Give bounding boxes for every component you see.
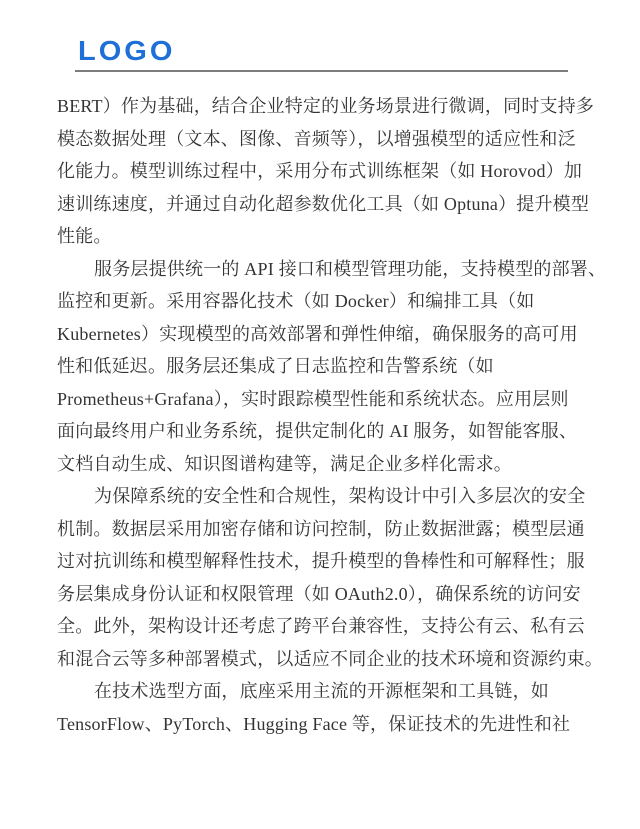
text-line: 服务层提供统一的 API 接口和模型管理功能，支持模型的部署、: [57, 253, 587, 286]
text-line: 速训练速度，并通过自动化超参数优化工具（如 Optuna）提升模型: [57, 188, 587, 221]
text-line: 监控和更新。采用容器化技术（如 Docker）和编排工具（如: [57, 285, 587, 318]
text-line: 面向最终用户和业务系统，提供定制化的 AI 服务，如智能客服、: [57, 415, 587, 448]
text-line: 和混合云等多种部署模式，以适应不同企业的技术环境和资源约束。: [57, 643, 587, 676]
text-line: TensorFlow、PyTorch、Hugging Face 等，保证技术的先…: [57, 708, 587, 741]
header-divider-line: [75, 70, 568, 72]
text-line: 在技术选型方面，底座采用主流的开源框架和工具链，如: [57, 675, 587, 708]
text-line: Kubernetes）实现模型的高效部署和弹性伸缩，确保服务的高可用: [57, 318, 587, 351]
text-line: 机制。数据层采用加密存储和访问控制，防止数据泄露；模型层通: [57, 513, 587, 546]
logo-wordmark: LOGO: [78, 36, 175, 68]
text-line: BERT）作为基础，结合企业特定的业务场景进行微调，同时支持多: [57, 90, 587, 123]
document-text-block: BERT）作为基础，结合企业特定的业务场景进行微调，同时支持多 模态数据处理（文…: [57, 90, 587, 740]
text-line: 化能力。模型训练过程中，采用分布式训练框架（如 Horovod）加: [57, 155, 587, 188]
document-page: LOGO BERT）作为基础，结合企业特定的业务场景进行微调，同时支持多 模态数…: [0, 0, 640, 829]
text-line: Prometheus+Grafana），实时跟踪模型性能和系统状态。应用层则: [57, 383, 587, 416]
text-line: 务层集成身份认证和权限管理（如 OAuth2.0），确保系统的访问安: [57, 578, 587, 611]
text-line: 过对抗训练和模型解释性技术，提升模型的鲁棒性和可解释性；服: [57, 545, 587, 578]
text-line: 性能。: [57, 220, 587, 253]
text-line: 文档自动生成、知识图谱构建等，满足企业多样化需求。: [57, 448, 587, 481]
text-line: 全。此外，架构设计还考虑了跨平台兼容性，支持公有云、私有云: [57, 610, 587, 643]
text-line: 为保障系统的安全性和合规性，架构设计中引入多层次的安全: [57, 480, 587, 513]
text-line: 模态数据处理（文本、图像、音频等），以增强模型的适应性和泛: [57, 123, 587, 156]
text-line: 性和低延迟。服务层还集成了日志监控和告警系统（如: [57, 350, 587, 383]
